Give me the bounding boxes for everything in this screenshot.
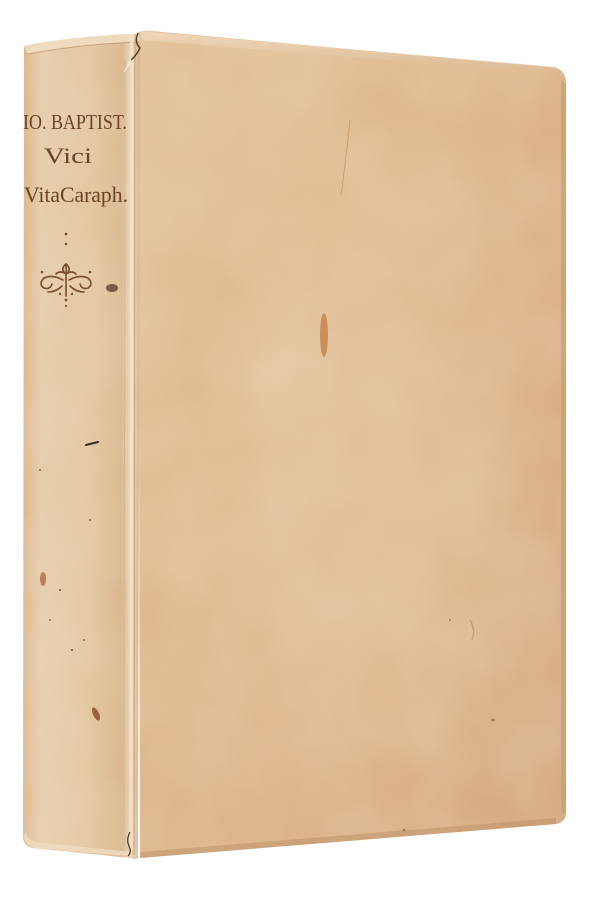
front-cover [138, 31, 566, 858]
spine-title-line-1: IO. BAPTIST. [23, 110, 127, 134]
spine-title-line-3: VitaCaraph. [24, 182, 128, 207]
book-photograph: IO. BAPTIST. Vici VitaCaraph. [0, 0, 593, 900]
spine: IO. BAPTIST. Vici VitaCaraph. [23, 33, 140, 859]
book-illustration: IO. BAPTIST. Vici VitaCaraph. [0, 0, 593, 900]
spine-joint [131, 34, 132, 850]
spine-title-line-2: Vici [44, 143, 92, 168]
stain-mark [320, 313, 328, 357]
